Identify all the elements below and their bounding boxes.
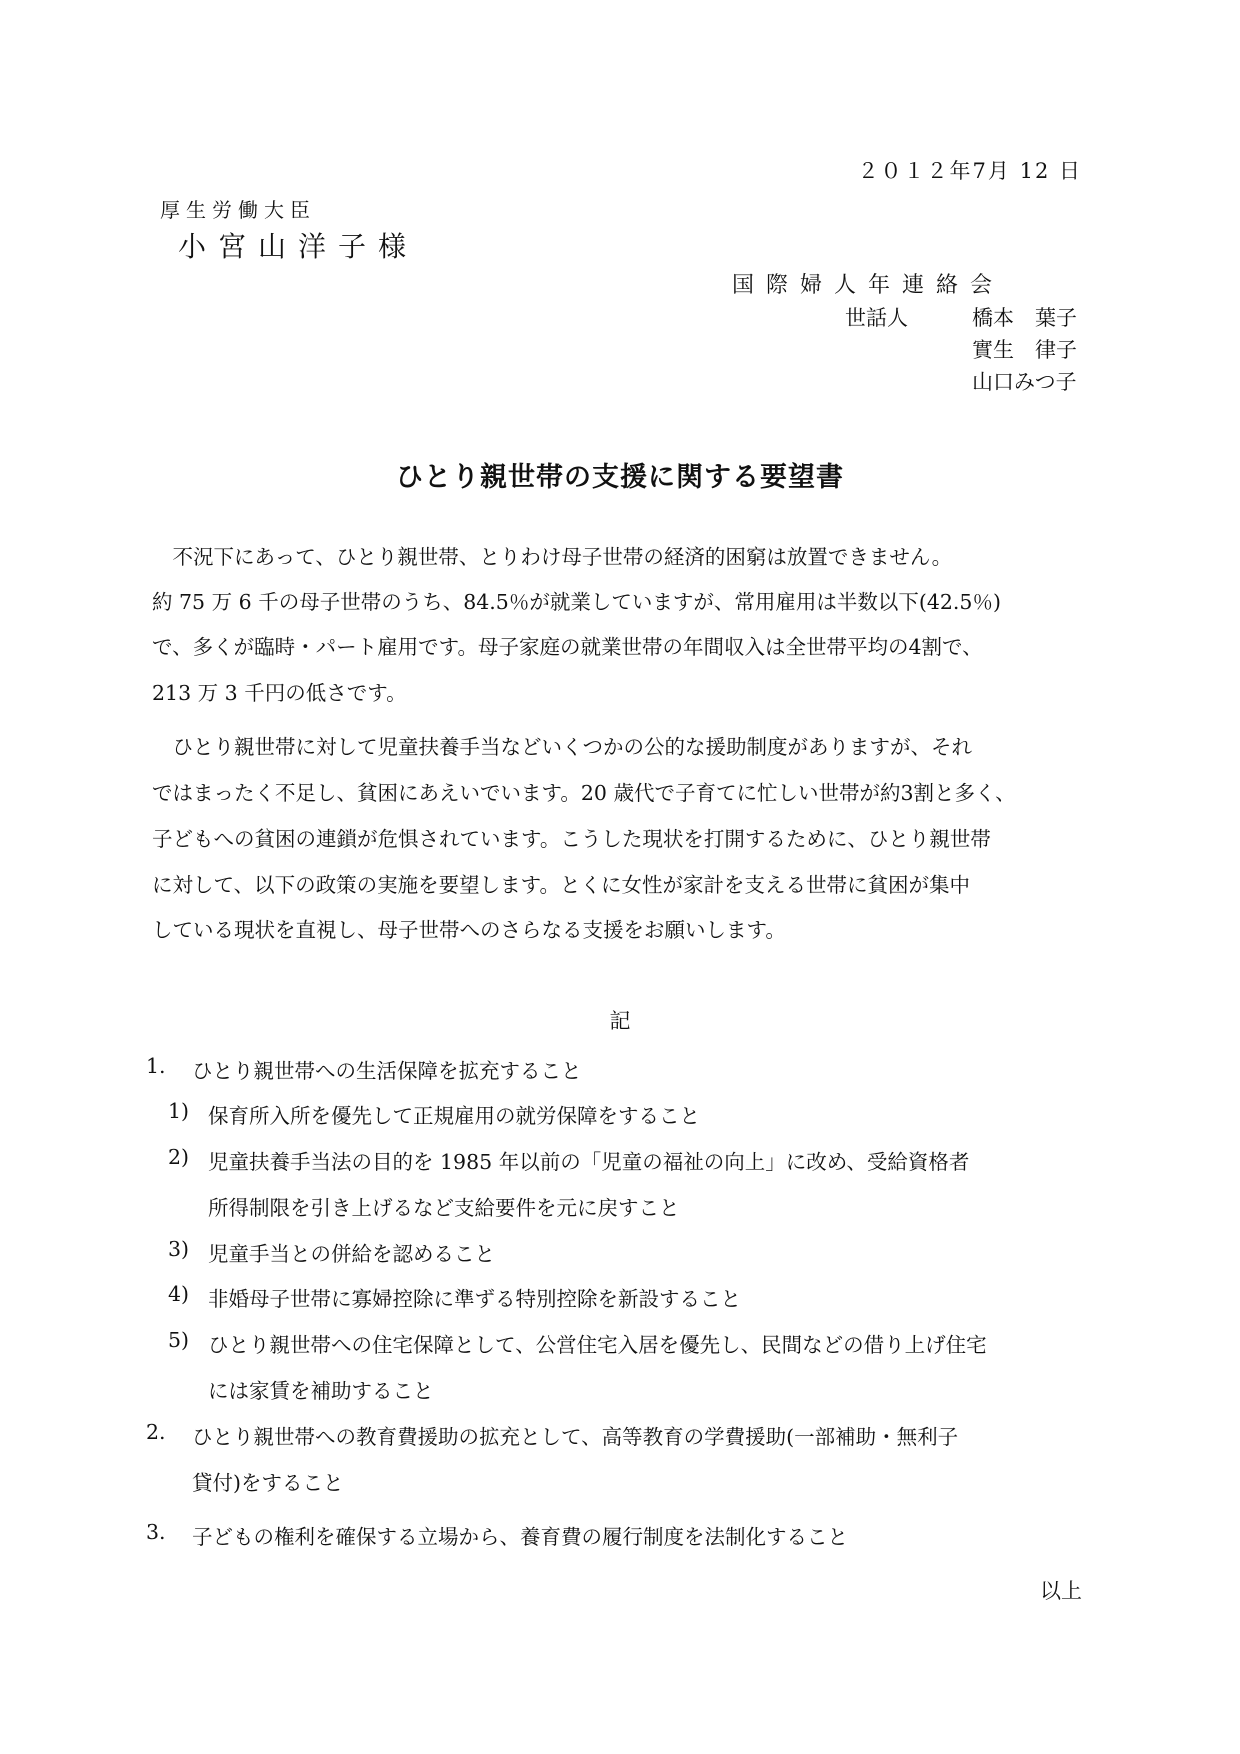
body-line: に対して、以下の政策の実施を要望します。とくに女性が家計を支える世帯に貧困が集中 (152, 868, 970, 898)
recipient-name: 小宮山洋子様 (178, 225, 418, 265)
sub-item-text: ひとり親世帯への住宅保障として、公営住宅入居を優先し、民間などの借り上げ住宅 (208, 1328, 987, 1358)
sub-item-number: 2) (168, 1145, 189, 1169)
sender-name-1: 橋本 葉子 (972, 302, 1077, 332)
sub-item-text: 所得制限を引き上げるなど支給要件を元に戻すこと (208, 1191, 680, 1221)
sub-item-text: 児童扶養手当法の目的を 1985 年以前の「児童の福祉の向上」に改め、受給資格者 (208, 1145, 969, 1175)
body-line: している現状を直視し、母子世帯へのさらなる支援をお願いします。 (152, 913, 786, 943)
request-number: 2. (146, 1420, 166, 1444)
sub-item-number: 5) (168, 1328, 189, 1352)
body-line: 約 75 万 6 千の母子世帯のうち、84.5％が就業していますが、常用雇用は半… (152, 585, 1001, 615)
body-line: 子どもへの貧困の連鎖が危惧されています。こうした現状を打開するために、ひとり親世… (152, 822, 991, 852)
request-text: ひとり親世帯への生活保障を拡充すること (192, 1054, 582, 1084)
sender-name-3: 山口みつ子 (972, 366, 1077, 396)
body-line: ではまったく不足し、貧困にあえいでいます。20 歳代で子育てに忙しい世帯が約3割… (152, 776, 1016, 806)
body-line: 不況下にあって、ひとり親世帯、とりわけ母子世帯の経済的困窮は放置できません。 (152, 540, 952, 570)
document-title: ひとり親世帯の支援に関する要望書 (0, 455, 1240, 494)
document-date: ２０１２年7月 12 日 (858, 155, 1082, 185)
ki-heading: 記 (0, 1005, 1240, 1035)
request-text: 貸付)をすること (192, 1466, 344, 1496)
sender-role-label: 世話人 (845, 302, 908, 332)
sender-name-2: 實生 律子 (972, 334, 1077, 364)
body-line: ひとり親世帯に対して児童扶養手当などいくつかの公的な援助制度がありますが、それ (152, 730, 972, 760)
closing-mark: 以上 (1040, 1575, 1082, 1605)
sub-item-number: 3) (168, 1237, 189, 1261)
body-line: で、多くが臨時・パート雇用です。母子家庭の就業世帯の年間収入は全世帯平均の4割で… (152, 630, 983, 660)
sender-organization: 国際婦人年連絡会 (732, 268, 1004, 299)
sub-item-number: 4) (168, 1282, 189, 1306)
sub-item-text: 児童手当との併給を認めること (208, 1237, 495, 1267)
request-number: 3. (146, 1520, 166, 1544)
sub-item-text: 非婚母子世帯に寡婦控除に準ずる特別控除を新設すること (208, 1282, 741, 1312)
sub-item-text: 保育所入所を優先して正規雇用の就労保障をすること (208, 1099, 700, 1129)
request-text: ひとり親世帯への教育費援助の拡充として、高等教育の学費援助(一部補助・無利子 (192, 1420, 958, 1450)
request-text: 子どもの権利を確保する立場から、養育費の履行制度を法制化すること (192, 1520, 848, 1550)
sub-item-text: には家賃を補助すること (208, 1374, 434, 1404)
sub-item-number: 1) (168, 1099, 189, 1123)
recipient-title: 厚生労働大臣 (160, 194, 316, 223)
body-line: 213 万 3 千円の低さです。 (152, 676, 407, 706)
request-number: 1. (146, 1054, 166, 1078)
